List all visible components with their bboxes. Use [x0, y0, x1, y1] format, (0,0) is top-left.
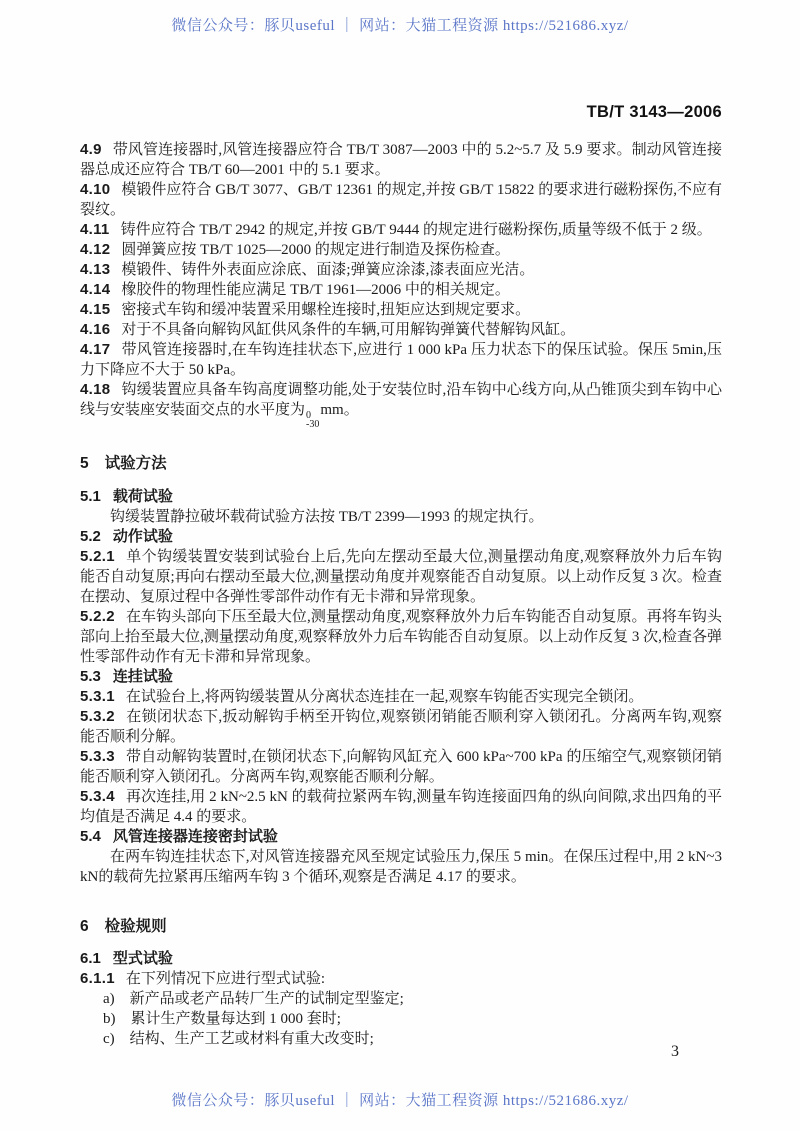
- clause-4-15: 4.15密接式车钩和缓冲装置采用螺栓连接时,扭矩应达到规定要求。: [80, 300, 722, 320]
- clause-5-2-1: 5.2.1单个钩缓装置安装到试验台上后,先向左摆动至最大位,测量摆动角度,观察释…: [80, 547, 722, 607]
- clause-text: 钩缓装置应具备车钩高度调整功能,处于安装位时,沿车钩中心线方向,从凸锥顶尖到车钩…: [80, 382, 722, 418]
- clause-text: 在试验台上,将两钩缓装置从分离状态连挂在一起,观察车钩能否实现完全锁闭。: [126, 689, 644, 705]
- clause-text: 带风管连接器时,在车钩连挂状态下,应进行 1 000 kPa 压力状态下的保压试…: [80, 342, 722, 378]
- clause-4-12: 4.12圆弹簧应按 TB/T 1025—2000 的规定进行制造及探伤检查。: [80, 240, 722, 260]
- list-label: a): [103, 991, 115, 1007]
- clause-number: 6.1.1: [80, 970, 115, 987]
- clause-number: 4.10: [80, 181, 110, 198]
- clause-number: 4.13: [80, 261, 110, 278]
- list-text: 新产品或老产品转厂生产的试制定型鉴定;: [130, 991, 404, 1007]
- clause-text: 带自动解钩装置时,在锁闭状态下,向解钩风缸充入 600 kPa~700 kPa …: [80, 749, 722, 785]
- list-item-a: a)新产品或老产品转厂生产的试制定型鉴定;: [103, 989, 722, 1009]
- clause-4-16: 4.16对于不具备向解钩风缸供风条件的车辆,可用解钩弹簧代替解钩风缸。: [80, 320, 722, 340]
- list-item-c: c)结构、生产工艺或材料有重大改变时;: [103, 1029, 722, 1049]
- section-number: 6: [80, 918, 89, 935]
- clause-number: 4.18: [80, 381, 110, 398]
- section-title: 试验方法: [105, 455, 167, 472]
- subsection-title: 动作试验: [113, 528, 173, 545]
- clause-text: 密接式车钩和缓冲装置采用螺栓连接时,扭矩应达到规定要求。: [121, 302, 530, 318]
- tolerance-lower: -30: [306, 420, 319, 429]
- clause-number: 5.3.1: [80, 688, 115, 705]
- clause-text-after: mm。: [320, 402, 358, 418]
- clause-text: 再次连挂,用 2 kN~2.5 kN 的载荷拉紧两车钩,测量车钩连接面四角的纵向…: [80, 789, 722, 825]
- subsection-number: 5.1: [80, 488, 101, 505]
- document-page: 微信公众号：豚贝useful ｜ 网站：大猫工程资源 https://52168…: [0, 0, 800, 1131]
- section-title: 检验规则: [105, 918, 167, 935]
- subsection-title: 载荷试验: [113, 488, 173, 505]
- clause-text: 在下列情况下应进行型式试验:: [126, 971, 325, 987]
- subsection-number: 5.3: [80, 668, 101, 685]
- clause-text: 单个钩缓装置安装到试验台上后,先向左摆动至最大位,测量摆动角度,观察释放外力后车…: [80, 549, 722, 605]
- clause-number: 4.9: [80, 141, 102, 158]
- list-text: 结构、生产工艺或材料有重大改变时;: [130, 1031, 374, 1047]
- clause-text: 模锻件应符合 GB/T 3077、GB/T 12361 的规定,并按 GB/T …: [80, 182, 722, 218]
- subsection-number: 5.4: [80, 828, 101, 845]
- tolerance-stack: 0-30: [306, 411, 319, 429]
- subsection-5-1-heading: 5.1载荷试验: [80, 487, 722, 507]
- clause-4-14: 4.14橡胶件的物理性能应满足 TB/T 1961—2006 中的相关规定。: [80, 280, 722, 300]
- subsection-title: 风管连接器连接密封试验: [113, 828, 278, 845]
- clause-4-18: 4.18钩缓装置应具备车钩高度调整功能,处于安装位时,沿车钩中心线方向,从凸锥顶…: [80, 380, 722, 429]
- clause-text: 橡胶件的物理性能应满足 TB/T 1961—2006 中的相关规定。: [121, 282, 509, 298]
- list-label: c): [103, 1031, 115, 1047]
- clause-text: 圆弹簧应按 TB/T 1025—2000 的规定进行制造及探伤检查。: [121, 242, 509, 258]
- section-6-heading: 6检验规则: [80, 917, 722, 937]
- clause-4-9: 4.9带风管连接器时,风管连接器应符合 TB/T 3087—2003 中的 5.…: [80, 140, 722, 180]
- paragraph-5-4: 在两车钩连挂状态下,对风管连接器充风至规定试验压力,保压 5 min。在保压过程…: [80, 847, 722, 887]
- clause-text: 铸件应符合 TB/T 2942 的规定,并按 GB/T 9444 的规定进行磁粉…: [121, 222, 712, 238]
- subsection-number: 6.1: [80, 950, 101, 967]
- clause-4-11: 4.11铸件应符合 TB/T 2942 的规定,并按 GB/T 9444 的规定…: [80, 220, 722, 240]
- clause-number: 4.15: [80, 301, 110, 318]
- watermark-bottom: 微信公众号：豚贝useful ｜ 网站：大猫工程资源 https://52168…: [0, 1089, 800, 1110]
- clause-5-3-2: 5.3.2在锁闭状态下,扳动解钩手柄至开钩位,观察锁闭销能否顺利穿入锁闭孔。分离…: [80, 707, 722, 747]
- subsection-6-1-heading: 6.1型式试验: [80, 949, 722, 969]
- list-text: 累计生产数量每达到 1 000 套时;: [131, 1011, 341, 1027]
- clause-5-3-4: 5.3.4再次连挂,用 2 kN~2.5 kN 的载荷拉紧两车钩,测量车钩连接面…: [80, 787, 722, 827]
- subsection-5-4-heading: 5.4风管连接器连接密封试验: [80, 827, 722, 847]
- subsection-number: 5.2: [80, 528, 101, 545]
- clause-number: 4.16: [80, 321, 110, 338]
- clause-4-13: 4.13模锻件、铸件外表面应涂底、面漆;弹簧应涂漆,漆表面应光洁。: [80, 260, 722, 280]
- page-number: 3: [671, 1043, 679, 1061]
- clause-text: 模锻件、铸件外表面应涂底、面漆;弹簧应涂漆,漆表面应光洁。: [121, 262, 534, 278]
- clause-5-3-3: 5.3.3带自动解钩装置时,在锁闭状态下,向解钩风缸充入 600 kPa~700…: [80, 747, 722, 787]
- subsection-title: 型式试验: [113, 950, 173, 967]
- watermark-top: 微信公众号：豚贝useful ｜ 网站：大猫工程资源 https://52168…: [0, 14, 800, 35]
- doc-number: TB/T 3143—2006: [587, 103, 722, 122]
- clause-text: 在锁闭状态下,扳动解钩手柄至开钩位,观察锁闭销能否顺利穿入锁闭孔。分离两车钩,观…: [80, 709, 722, 745]
- list-item-b: b)累计生产数量每达到 1 000 套时;: [103, 1009, 722, 1029]
- clause-number: 5.2.2: [80, 608, 115, 625]
- section-number: 5: [80, 455, 89, 472]
- clause-text: 在车钩头部向下压至最大位,测量摆动角度,观察释放外力后车钩能否自动复原。再将车钩…: [80, 609, 722, 665]
- clause-4-17: 4.17带风管连接器时,在车钩连挂状态下,应进行 1 000 kPa 压力状态下…: [80, 340, 722, 380]
- clause-number: 4.14: [80, 281, 110, 298]
- subsection-5-2-heading: 5.2动作试验: [80, 527, 722, 547]
- clause-number: 5.3.2: [80, 708, 115, 725]
- clause-number: 5.3.3: [80, 748, 115, 765]
- clause-number: 5.2.1: [80, 548, 115, 565]
- list-label: b): [103, 1011, 116, 1027]
- clause-5-3-1: 5.3.1在试验台上,将两钩缓装置从分离状态连挂在一起,观察车钩能否实现完全锁闭…: [80, 687, 722, 707]
- subsection-title: 连挂试验: [113, 668, 173, 685]
- clause-number: 4.17: [80, 341, 110, 358]
- clause-text: 对于不具备向解钩风缸供风条件的车辆,可用解钩弹簧代替解钩风缸。: [121, 322, 575, 338]
- clause-number: 5.3.4: [80, 788, 115, 805]
- subsection-5-3-heading: 5.3连挂试验: [80, 667, 722, 687]
- clause-4-10: 4.10模锻件应符合 GB/T 3077、GB/T 12361 的规定,并按 G…: [80, 180, 722, 220]
- section-5-heading: 5试验方法: [80, 454, 722, 474]
- clause-text: 带风管连接器时,风管连接器应符合 TB/T 3087—2003 中的 5.2~5…: [80, 142, 722, 178]
- clause-6-1-1: 6.1.1在下列情况下应进行型式试验:: [80, 969, 722, 989]
- clause-number: 4.12: [80, 241, 110, 258]
- paragraph-5-1: 钩缓装置静拉破坏载荷试验方法按 TB/T 2399—1993 的规定执行。: [80, 507, 722, 527]
- document-body: 4.9带风管连接器时,风管连接器应符合 TB/T 3087—2003 中的 5.…: [80, 140, 722, 1049]
- clause-5-2-2: 5.2.2在车钩头部向下压至最大位,测量摆动角度,观察释放外力后车钩能否自动复原…: [80, 607, 722, 667]
- clause-number: 4.11: [80, 221, 110, 238]
